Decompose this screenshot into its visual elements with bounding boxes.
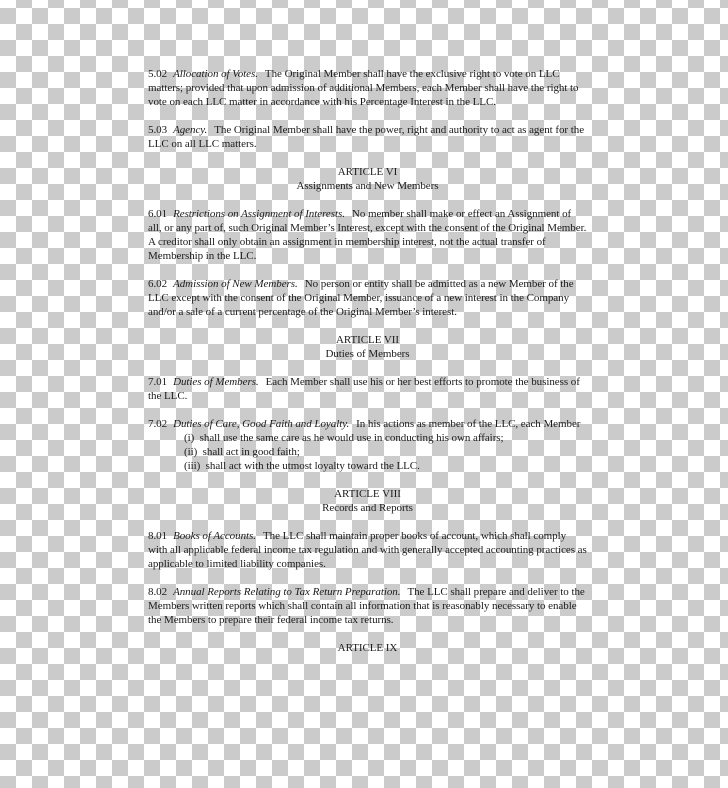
- section-title: Admission of New Members.: [173, 278, 298, 290]
- section-body: In his actions as member of the LLC, eac…: [356, 418, 580, 430]
- section-number: 5.03: [148, 124, 167, 136]
- section-body: The Original Member shall have the power…: [148, 124, 584, 150]
- section-title: Agency.: [173, 124, 207, 136]
- section-title: Annual Reports Relating to Tax Return Pr…: [173, 586, 400, 598]
- section-number: 6.02: [148, 278, 167, 290]
- section-number: 6.01: [148, 208, 167, 220]
- section-number: 5.02: [148, 68, 167, 80]
- section-title: Restrictions on Assignment of Interests.: [173, 208, 345, 220]
- section-title: Books of Accounts.: [173, 530, 256, 542]
- transparency-checkerboard-canvas: 5.02Allocation of Votes.The Original Mem…: [0, 0, 728, 788]
- section-number: 8.01: [148, 530, 167, 542]
- article-kicker: ARTICLE VII: [148, 333, 587, 347]
- article-heading-viii: ARTICLE VIII Records and Reports: [148, 487, 587, 515]
- article-subtitle: Assignments and New Members: [148, 179, 587, 193]
- section-title: Duties of Members.: [173, 376, 259, 388]
- document-text-column: 5.02Allocation of Votes.The Original Mem…: [148, 67, 587, 669]
- article-subtitle: Duties of Members: [148, 347, 587, 361]
- article-heading-ix: ARTICLE IX: [148, 641, 587, 655]
- section-number: 7.01: [148, 376, 167, 388]
- section-8-01: 8.01Books of Accounts.The LLC shall main…: [148, 529, 587, 571]
- section-number: 8.02: [148, 586, 167, 598]
- section-7-02: 7.02Duties of Care, Good Faith and Loyal…: [148, 417, 587, 473]
- section-6-02: 6.02Admission of New Members.No person o…: [148, 277, 587, 319]
- section-5-03: 5.03Agency.The Original Member shall hav…: [148, 123, 587, 151]
- article-kicker: ARTICLE VIII: [148, 487, 587, 501]
- article-heading-vii: ARTICLE VII Duties of Members: [148, 333, 587, 361]
- section-7-01: 7.01Duties of Members.Each Member shall …: [148, 375, 587, 403]
- section-title: Duties of Care, Good Faith and Loyalty.: [173, 418, 349, 430]
- section-number: 7.02: [148, 418, 167, 430]
- duty-list-item-ii: (ii) shall act in good faith;: [148, 445, 587, 459]
- article-heading-vi: ARTICLE VI Assignments and New Members: [148, 165, 587, 193]
- section-6-01: 6.01Restrictions on Assignment of Intere…: [148, 207, 587, 263]
- section-8-02: 8.02Annual Reports Relating to Tax Retur…: [148, 585, 587, 627]
- article-kicker: ARTICLE VI: [148, 165, 587, 179]
- article-subtitle: Records and Reports: [148, 501, 587, 515]
- section-title: Allocation of Votes.: [173, 68, 258, 80]
- section-5-02: 5.02Allocation of Votes.The Original Mem…: [148, 67, 587, 109]
- duty-list-item-iii: (iii) shall act with the utmost loyalty …: [148, 459, 587, 473]
- duty-list-item-i: (i) shall use the same care as he would …: [148, 431, 587, 445]
- article-kicker: ARTICLE IX: [148, 641, 587, 655]
